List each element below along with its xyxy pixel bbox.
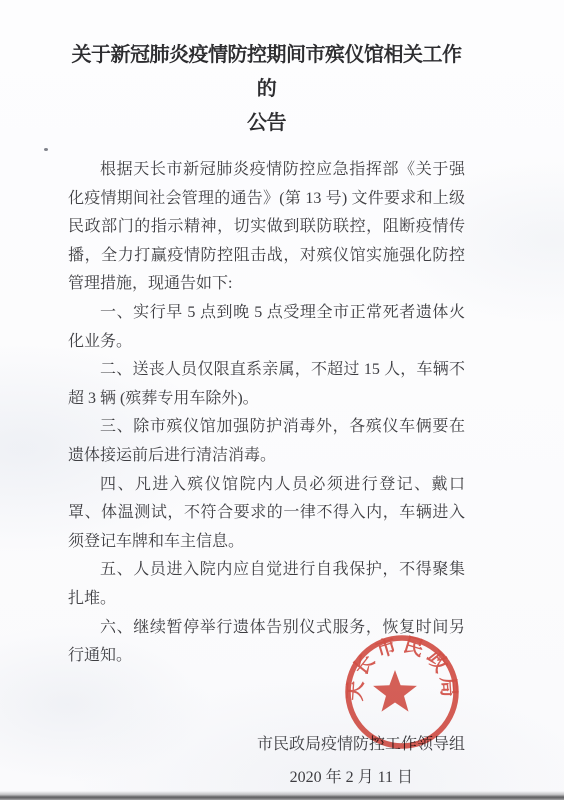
intro-paragraph: 根据天长市新冠肺炎疫情防控应急指挥部《关于强化疫情期间社会管理的通告》(第 13…	[68, 156, 465, 299]
item-1-paragraph: 一、实行早 5 点到晚 5 点受理全市正常死者遗体火化业务。	[68, 299, 465, 356]
official-seal: 天长市民政局	[320, 610, 484, 774]
document-body: 根据天长市新冠肺炎疫情防控应急指挥部《关于强化疫情期间社会管理的通告》(第 13…	[68, 156, 465, 671]
star-icon	[373, 670, 417, 712]
scan-edge-artifact	[0, 791, 564, 800]
title-line-2: 公告	[68, 106, 465, 140]
scan-speck	[44, 148, 48, 151]
item-2-paragraph: 二、送丧人员仅限直系亲属，不超过 15 人，车辆不超 3 辆 (殡葬专用车除外)…	[68, 356, 465, 413]
document-title: 关于新冠肺炎疫情防控期间市殡仪馆相关工作的 公告	[68, 38, 465, 140]
scanned-document-page: 关于新冠肺炎疫情防控期间市殡仪馆相关工作的 公告 根据天长市新冠肺炎疫情防控应急…	[0, 0, 564, 800]
item-3-paragraph: 三、除市殡仪馆加强防护消毒外，各殡仪车俩要在遗体接运前后进行清洁消毒。	[68, 413, 465, 470]
title-line-1: 关于新冠肺炎疫情防控期间市殡仪馆相关工作的	[68, 38, 465, 106]
item-5-paragraph: 五、人员进入院内应自觉进行自我保护，不得聚集扎堆。	[68, 556, 465, 613]
item-4-paragraph: 四、凡进入殡仪馆院内人员必须进行登记、戴口罩、体温测试，不符合要求的一律不得入内…	[68, 471, 465, 557]
